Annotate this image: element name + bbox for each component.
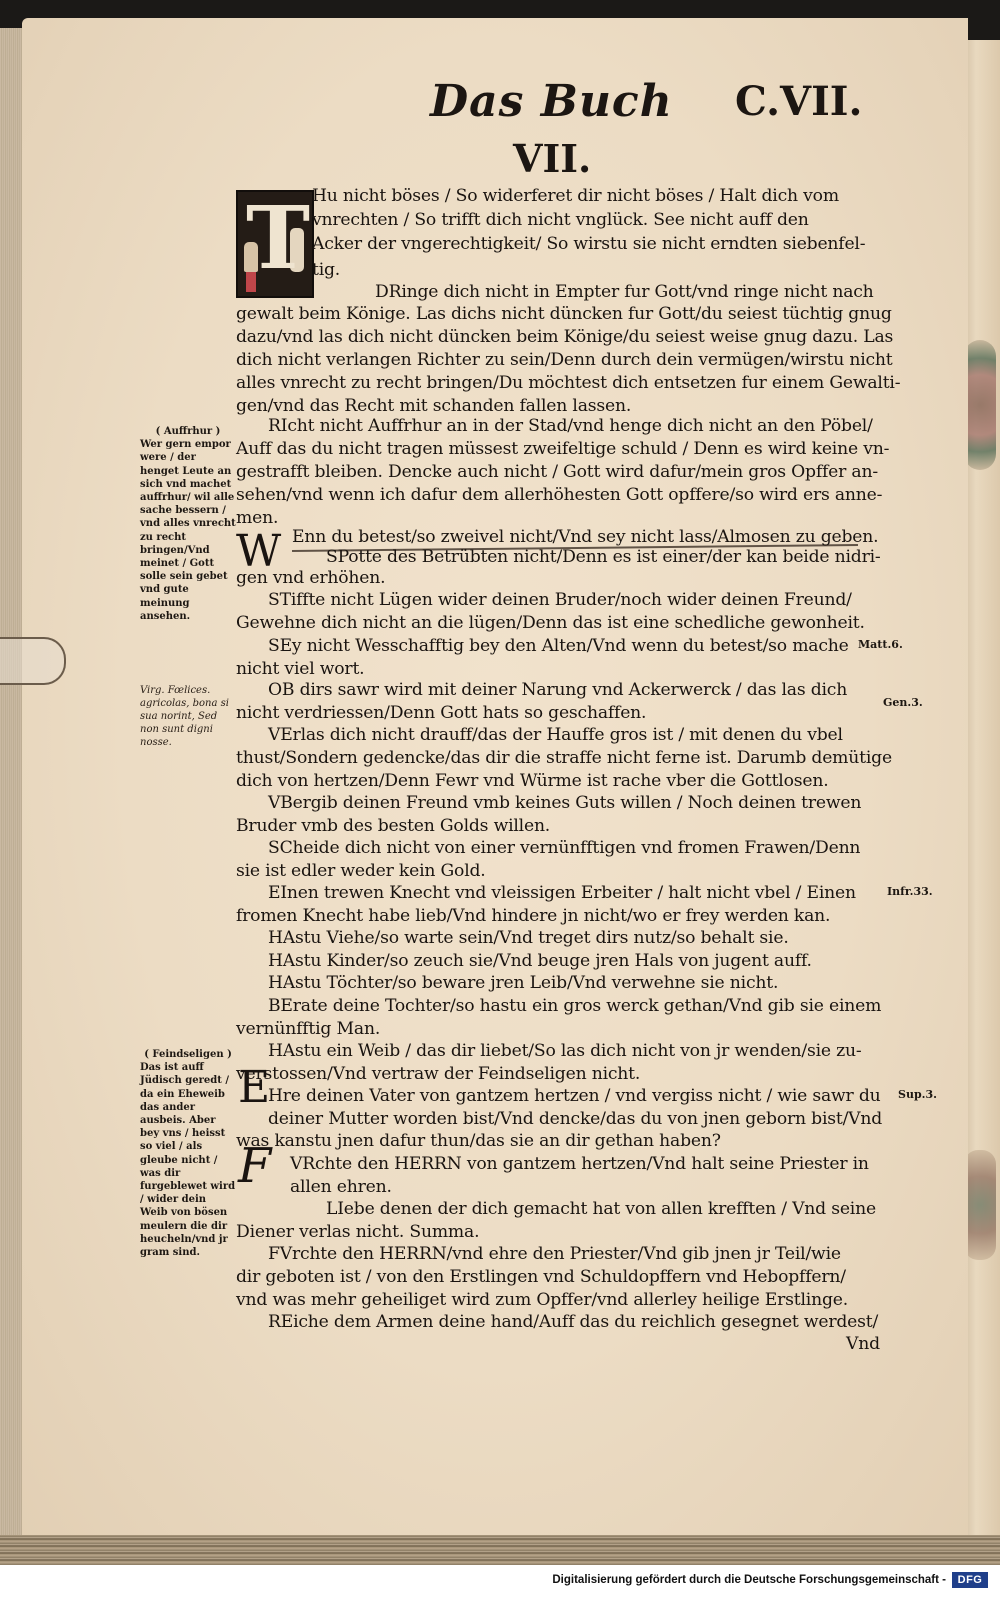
illuminated-initial-fragment: [964, 340, 996, 470]
text-line: Acker der vngerechtigkeit/ So wirstu sie…: [312, 234, 865, 254]
scripture-reference: Gen.3.: [883, 696, 923, 709]
woodcut-initial-t: T: [236, 190, 314, 298]
text-line: DRinge dich nicht in Empter fur Gott/vnd…: [375, 282, 874, 302]
text-line: gen vnd erhöhen.: [236, 568, 385, 588]
text-line: Bruder vmb des besten Golds willen.: [236, 816, 550, 836]
text-line: vernünfftig Man.: [236, 1019, 380, 1039]
text-line: men.: [236, 508, 278, 528]
text-line: Diener verlas nicht. Summa.: [236, 1222, 479, 1242]
page-tab-marker: [0, 637, 66, 685]
text-line: VErlas dich nicht drauff/das der Hauffe …: [268, 725, 843, 745]
text-line: OB dirs sawr wird mit deiner Narung vnd …: [268, 680, 847, 700]
text-line: dazu/vnd las dich nicht düncken beim Kön…: [236, 327, 893, 347]
text-line: RIcht nicht Auffrhur an in der Stad/vnd …: [268, 416, 873, 436]
text-line: alles vnrecht zu recht bringen/Du möchte…: [236, 373, 900, 393]
text-line: nicht verdriessen/Denn Gott hats so gesc…: [236, 703, 646, 723]
text-line: sie ist edler weder kein Gold.: [236, 861, 486, 881]
text-line: HAstu Töchter/so beware jren Leib/Vnd ve…: [268, 973, 778, 993]
text-line: Vnd: [846, 1334, 880, 1354]
text-line: VBergib deinen Freund vmb keines Guts wi…: [268, 793, 861, 813]
text-line: HAstu Kinder/so zeuch sie/Vnd beuge jren…: [268, 951, 812, 971]
text-line: vnd was mehr geheiliget wird zum Opffer/…: [236, 1290, 848, 1310]
scripture-reference: Matt.6.: [858, 638, 903, 651]
text-line: allen ehren.: [290, 1177, 392, 1197]
page-edges-bottom: [0, 1535, 1000, 1565]
text-line: Auff das du nicht tragen müssest zweifel…: [236, 439, 889, 459]
text-line: SPotte des Betrübten nicht/Denn es ist e…: [326, 547, 881, 567]
text-line: HAstu Viehe/so warte sein/Vnd treget dir…: [268, 928, 789, 948]
text-line: dir geboten ist / von den Erstlingen vnd…: [236, 1267, 846, 1287]
margin-note-feindseligen: ( Feindseligen ) Das ist auff Jüdisch ge…: [140, 1048, 236, 1259]
text-line: deiner Mutter worden bist/Vnd dencke/das…: [268, 1109, 882, 1129]
text-line: verstossen/Vnd vertraw der Feindseligen …: [236, 1064, 640, 1084]
text-line: sehen/vnd wenn ich dafur dem allerhöhest…: [236, 485, 882, 505]
margin-note-text: Das ist auff Jüdisch geredt / da ein Ehe…: [140, 1061, 236, 1259]
scripture-reference: Sup.3.: [898, 1088, 937, 1101]
text-line: STiffte nicht Lügen wider deinen Bruder/…: [268, 590, 852, 610]
margin-note-virgil: Virg. Fœlices. agricolas, bona si sua no…: [140, 684, 232, 749]
text-line: dich nicht verlangen Richter zu sein/Den…: [236, 350, 893, 370]
text-line: HAstu ein Weib / das dir liebet/So las d…: [268, 1041, 861, 1061]
text-line: SEy nicht Wesschafftig bey den Alten/Vnd…: [268, 636, 849, 656]
text-line: Enn du betest/so zweivel nicht/Vnd sey n…: [292, 527, 878, 547]
text-line: Gewehne dich nicht an die lügen/Denn das…: [236, 613, 865, 633]
text-line: nicht viel wort.: [236, 659, 364, 679]
scripture-reference: Infr.33.: [887, 885, 933, 898]
text-line: SCheide dich nicht von einer vernünfftig…: [268, 838, 860, 858]
margin-note-heading: ( Auffrhur ): [140, 425, 236, 438]
text-line: Hre deinen Vater von gantzem hertzen / v…: [268, 1086, 881, 1106]
running-title: Das Buch: [430, 76, 673, 127]
text-line: REiche dem Armen deine hand/Auff das du …: [268, 1312, 878, 1332]
book-scan: Das Buch C.VII. VII. T W E F Hu nicht bö…: [0, 0, 1000, 1565]
text-line: thust/Sondern gedencke/das dir die straf…: [236, 748, 892, 768]
text-line: gestrafft bleiben. Dencke auch nicht / G…: [236, 462, 878, 482]
footer-bar: Digitalisierung gefördert durch die Deut…: [0, 1565, 1000, 1597]
text-line: was kanstu jnen dafur thun/das sie an di…: [236, 1131, 721, 1151]
text-line: dich von hertzen/Denn Fewr vnd Würme ist…: [236, 771, 828, 791]
text-line: VRchte den HERRN von gantzem hertzen/Vnd…: [290, 1154, 869, 1174]
text-line: EInen trewen Knecht vnd vleissigen Erbei…: [268, 883, 856, 903]
margin-note-heading: ( Feindseligen ): [140, 1048, 236, 1061]
text-line: fromen Knecht habe lieb/Vnd hindere jn n…: [236, 906, 830, 926]
illuminated-initial-fragment: [964, 1150, 996, 1260]
chapter-number: VII.: [513, 136, 591, 181]
initial-letter: T: [246, 196, 310, 282]
text-line: vnrechten / So trifft dich nicht vnglück…: [312, 210, 809, 230]
folio-number: C.VII.: [735, 78, 862, 125]
text-line: Hu nicht böses / So widerferet dir nicht…: [312, 186, 839, 206]
text-line: LIebe denen der dich gemacht hat von all…: [326, 1199, 876, 1219]
text-line: gen/vnd das Recht mit schanden fallen la…: [236, 396, 631, 416]
funding-credit: Digitalisierung gefördert durch die Deut…: [552, 1574, 946, 1586]
dfg-logo[interactable]: DFG: [952, 1572, 988, 1588]
page-edges-left: [0, 28, 24, 1565]
text-line: BErate deine Tochter/so hastu ein gros w…: [268, 996, 881, 1016]
text-line: tig.: [312, 260, 340, 280]
margin-note-text: Wer gern empor were / der henget Leute a…: [140, 438, 236, 623]
text-line: gewalt beim Könige. Las dichs nicht dünc…: [236, 304, 892, 324]
text-line: FVrchte den HERRN/vnd ehre den Priester/…: [268, 1244, 841, 1264]
margin-note-auffrhur: ( Auffrhur ) Wer gern empor were / der h…: [140, 425, 236, 623]
